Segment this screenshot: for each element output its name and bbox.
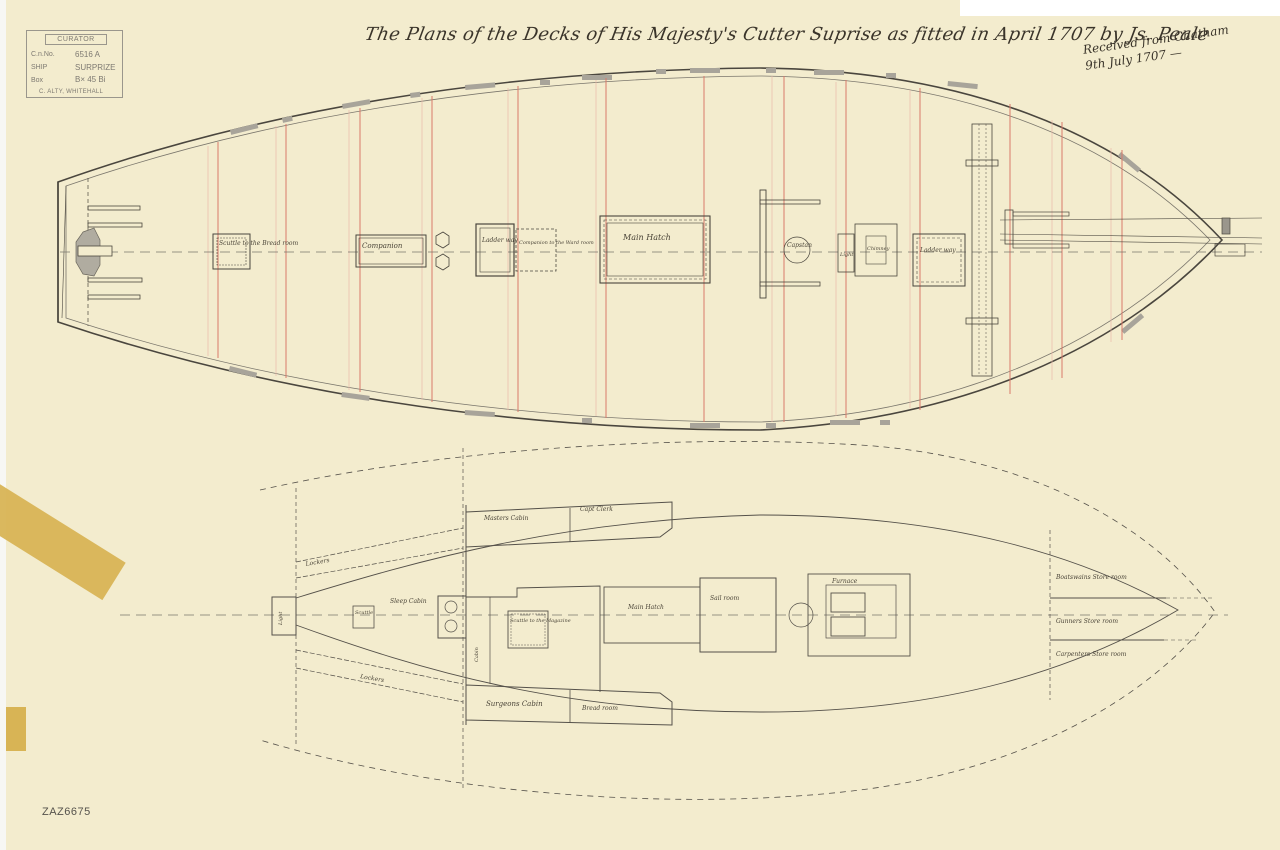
label-gunners-store: Gunners Store room: [1056, 618, 1118, 625]
deck-drawings: Scuttle to the Bread room Companion Ladd…: [0, 0, 1280, 850]
label-masters-cabin: Masters Cabin: [483, 515, 529, 522]
label-scuttle-bread: Scuttle to the Bread room: [219, 240, 298, 247]
label-sail-room: Sail room: [710, 595, 740, 602]
label-capstan: Capstan: [787, 242, 812, 249]
label-after-locker: Lockers: [304, 557, 330, 568]
label-capt-clerk: Capt Clerk: [580, 506, 613, 513]
label-cabin: Cabin: [474, 647, 480, 662]
label-furnace: Furnace: [831, 578, 858, 585]
label-sleeping-cabin: Sleep Cabin: [390, 598, 427, 605]
label-light: Light: [839, 252, 854, 258]
label-chimney: Chimney: [867, 246, 890, 252]
label-companion: Companion: [362, 242, 403, 250]
label-ladder-way-fore: Ladder way: [919, 247, 956, 254]
upper-deck-plan: [58, 68, 1262, 430]
label-scuttle: Scuttle: [355, 610, 373, 616]
label-after-light: Light: [278, 611, 284, 626]
label-scuttle-magazine: Scuttle to the Magazine: [510, 618, 571, 624]
label-ladder-way-aft: Ladder way: [481, 237, 518, 244]
label-main-hatch-lower: Main Hatch: [627, 604, 664, 611]
label-lower-locker: Lockers: [359, 673, 385, 684]
adhesive-tape-fragment: [6, 707, 26, 751]
plan-sheet: CURATOR C.n.No. 6516 A SHIP SURPRIZE Box…: [0, 0, 1280, 850]
label-bread-room: Bread room: [581, 705, 618, 712]
label-surgeons-cabin: Surgeons Cabin: [486, 700, 543, 708]
label-main-hatch-upper: Main Hatch: [622, 233, 671, 242]
label-boatswains-store: Boatswains Store room: [1055, 574, 1127, 581]
label-companion-wardroom: Companion to the Ward room: [519, 240, 594, 246]
label-carpenters-store: Carpenters Store room: [1056, 651, 1127, 658]
